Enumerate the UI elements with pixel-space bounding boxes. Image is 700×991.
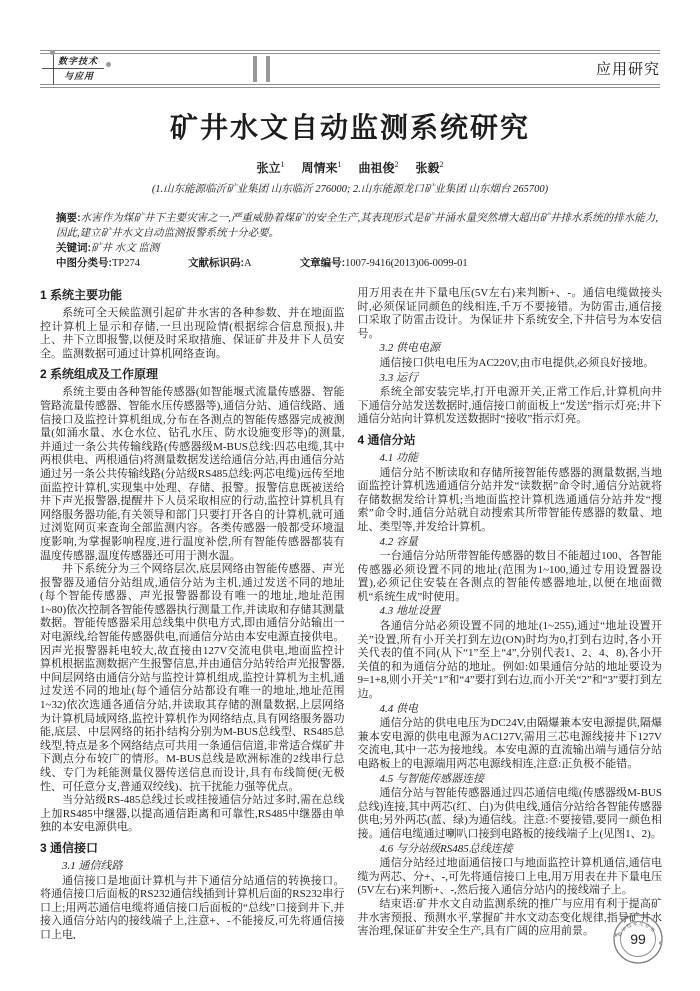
author-affiliation-sup: 1 [280, 160, 284, 169]
paragraph: 井下系统分为三个网络层次,底层网络由智能传感器、声光报警器及通信分站组成,通信分… [40, 563, 345, 794]
author: 张立1 [256, 161, 284, 175]
article-body: 1 系统主要功能系统可全天候监测引起矿井水害的各种参数、并在地面监控计算机上显示… [40, 287, 662, 943]
subsection-heading: 4.1 功能 [358, 452, 663, 466]
article-id-label: 文章编号: [300, 257, 346, 269]
abstract-block: 摘要:水害作为煤矿井下主要灾害之一,严重威胁着煤矿的安全生产,其表现形式是矿井涌… [56, 211, 658, 271]
author: 张毅2 [416, 161, 444, 175]
section-heading: 3 通信接口 [40, 841, 345, 856]
section-heading: 1 系统主要功能 [40, 288, 345, 303]
document-code: 文献标识码:A [188, 256, 252, 271]
keywords-line: 关键词:矿井 水文 监测 [56, 241, 658, 256]
stamp-graphic: 数字技术与应用 99 [612, 913, 664, 965]
left-column: 1 系统主要功能系统可全天候监测引起矿井水害的各种参数、并在地面监控计算机上显示… [40, 287, 345, 943]
page-number: 99 [630, 931, 646, 947]
paragraph: 各通信分站必须设置不同的地址(1~255),通过“地址设置开关”设置,所有小开关… [358, 620, 663, 702]
author-affiliation-sup: 2 [440, 160, 444, 169]
journal-logo: 数字技术 与应用 [42, 55, 128, 83]
subsection-heading: 3.3 运行 [358, 372, 663, 386]
clc-label: 中图分类号: [56, 257, 112, 269]
classification-line: 中图分类号:TP274 文献标识码:A 文章编号:1007-9416(2013)… [56, 256, 658, 271]
subsection-heading: 4.5 与智能传感器连接 [358, 773, 663, 787]
paragraph: 系统全部安装完毕,打开电源开关,正常工作后,计算机向井下通信分站发送数据时,通信… [358, 386, 663, 427]
section-heading: 4 通信分站 [358, 433, 663, 448]
abstract-label: 摘要: [56, 212, 81, 224]
logo-dot-icon [50, 50, 55, 55]
subsection-heading: 3.1 通信线路 [40, 860, 345, 874]
subsection-heading: 4.4 供电 [358, 703, 663, 717]
paragraph: 系统可全天候监测引起矿井水害的各种参数、并在地面监控计算机上显示和存储,一旦出现… [40, 307, 345, 361]
journal-name-line2: 与应用 [64, 70, 94, 82]
logo-dot-icon [106, 62, 111, 67]
subsection-heading: 3.2 供电电源 [358, 342, 663, 356]
section-heading: 2 系统组成及工作原理 [40, 367, 345, 382]
paragraph: 通信接口是地面计算机与井下通信分站通信的转换接口。将通信接口后面板的RS232通… [40, 875, 345, 943]
divider-bar-icon [266, 56, 270, 82]
subsection-heading: 4.6 与分站级RS485总线连接 [358, 843, 663, 857]
author: 曲祖俊2 [359, 161, 399, 175]
author-affiliation-sup: 2 [395, 160, 399, 169]
paragraph: 系统主要由各种智能传感器(如智能堰式流量传感器、智能管路流量传感器、智能水压传感… [40, 386, 345, 563]
author-affiliation-sup: 1 [338, 160, 342, 169]
article-title: 矿井水文自动监测系统研究 [0, 106, 700, 146]
abstract-paragraph: 摘要:水害作为煤矿井下主要灾害之一,严重威胁着煤矿的安全生产,其表现形式是矿井涌… [56, 211, 658, 241]
keywords-label: 关键词: [56, 242, 91, 254]
subsection-heading: 4.3 地址设置 [358, 605, 663, 619]
subsection-heading: 4.2 容量 [358, 536, 663, 550]
clc-number: 中图分类号:TP274 [56, 256, 140, 271]
header-rule-bottom [40, 84, 660, 88]
affiliation-line: (1.山东能源临沂矿业集团 山东临沂 276000; 2.山东能源龙口矿业集团 … [0, 181, 700, 196]
journal-page: 数字技术 与应用 应用研究 矿井水文自动监测系统研究 张立1 周情来1 曲祖俊2… [0, 0, 700, 943]
article-id: 文章编号:1007-9416(2013)06-0099-01 [300, 256, 468, 271]
paragraph: 当分站级RS-485总线过长或挂接通信分站过多时,需在总线上加RS485中继器,… [40, 794, 345, 835]
paragraph: 通信接口供电电压为AC220V,由市电提供,必须良好接地。 [358, 357, 663, 371]
author-line: 张立1 周情来1 曲祖俊2 张毅2 [0, 159, 700, 176]
journal-name-line1: 数字技术 [58, 55, 98, 67]
divider-bar-icon [253, 56, 257, 82]
paragraph: 通信分站经过地面通信接口与地面监控计算机通信,通信电缆为两芯、分+、-,可先将通… [358, 857, 663, 898]
logo-horizontal-line [42, 68, 104, 69]
right-column: 用万用表在井下量电压(5V左右)来判断+、-。通信电缆做接头时,必须保证同颜色的… [358, 287, 663, 943]
header-divider-bars [253, 56, 270, 82]
document-code-label: 文献标识码: [188, 257, 244, 269]
page-number-stamp: 数字技术与应用 99 [612, 913, 664, 965]
paragraph-continuation: 用万用表在井下量电压(5V左右)来判断+、-。通信电缆做接头时,必须保证同颜色的… [358, 287, 663, 341]
page-header: 数字技术 与应用 应用研究 [40, 0, 660, 88]
paragraph: 通信分站的供电电压为DC24V,由隔爆兼本安电源提供,隔爆兼本安电源的供电电源为… [358, 717, 663, 771]
header-band: 数字技术 与应用 应用研究 [40, 54, 660, 84]
paragraph: 通信分站不断读取和存储所接智能传感器的测量数据,当地面监控计算机选通通信分站并发… [358, 467, 663, 535]
keywords-text: 矿井 水文 监测 [91, 243, 159, 254]
author: 周情来1 [301, 161, 341, 175]
paragraph: 一台通信分站所带智能传感器的数目不能超过100、各智能传感器必须设置不同的地址(… [358, 550, 663, 604]
abstract-text: 水害作为煤矿井下主要灾害之一,严重威胁着煤矿的安全生产,其表现形式是矿井涌水量突… [56, 213, 658, 239]
paragraph: 通信分站与智能传感器通过四芯通信电缆(传感器级M-BUS总线)连接,其中两芯(红… [358, 787, 663, 841]
column-section-label: 应用研究 [596, 58, 660, 79]
